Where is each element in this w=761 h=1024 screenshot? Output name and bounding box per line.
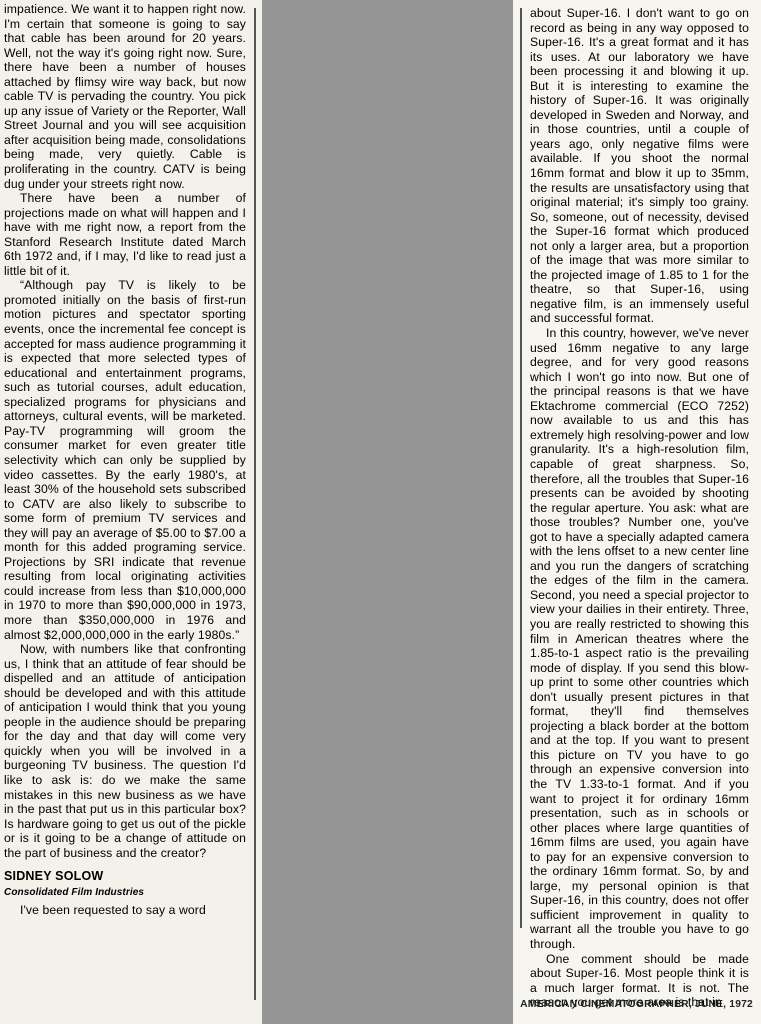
paragraph: In this country, however, we've never us… — [530, 326, 749, 952]
column-rule-right — [520, 8, 522, 928]
paragraph: Now, with numbers like that confronting … — [4, 642, 246, 860]
paragraph: I've been requested to say a word — [4, 903, 246, 918]
speaker-affiliation: Consolidated Film Industries — [4, 886, 246, 901]
paragraph-quote: “Although pay TV is likely to be promote… — [4, 278, 246, 642]
paragraph: impatience. We want it to happen right n… — [4, 2, 246, 191]
left-text-column: impatience. We want it to happen right n… — [4, 2, 246, 918]
paragraph: about Super-16. I don't want to go on re… — [530, 6, 749, 326]
right-text-column: about Super-16. I don't want to go on re… — [530, 6, 749, 1010]
paragraph: There have been a number of projections … — [4, 191, 246, 278]
speaker-name: SIDNEY SOLOW — [4, 869, 246, 884]
column-rule-left — [254, 8, 256, 1000]
page-footer: AMERICAN CINEMATOGRAPHER, JUNE, 1972 — [513, 999, 753, 1010]
gray-gutter — [262, 0, 513, 1024]
